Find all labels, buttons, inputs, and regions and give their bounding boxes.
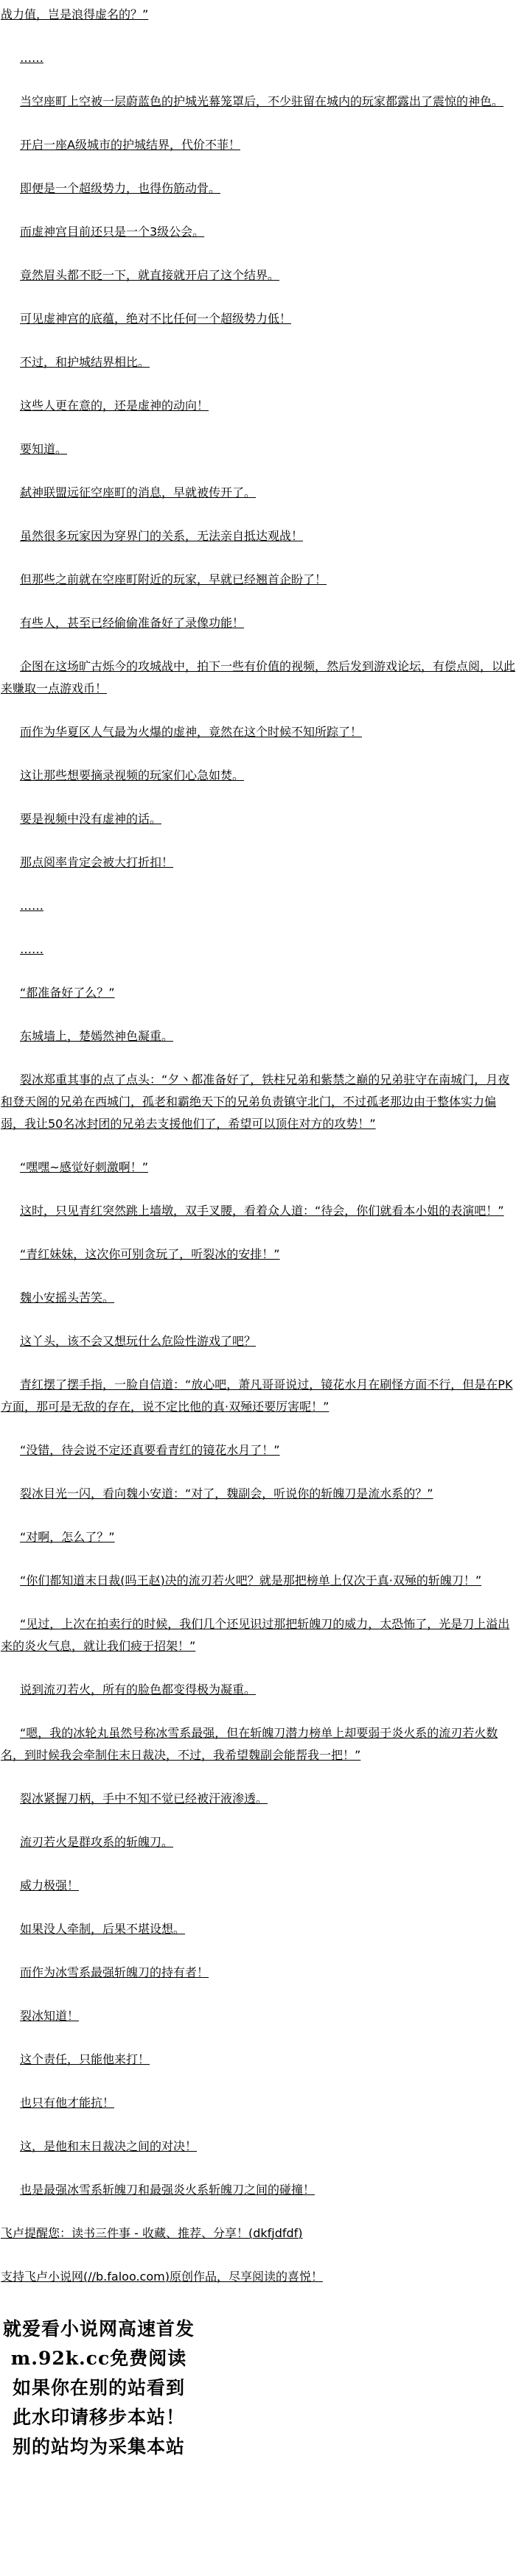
paragraph: 流刃若火是群攻系的斩魄刀。 bbox=[1, 1831, 515, 1853]
paragraph: 即便是一个超级势力，也得伤筋动骨。 bbox=[1, 178, 515, 200]
paragraph: 要是视频中没有虚神的话。 bbox=[1, 808, 515, 830]
paragraph: 这个责任，只能他来打！ bbox=[1, 2049, 515, 2071]
watermark-line: 就爱看小说网高速首发 bbox=[2, 2314, 195, 2344]
paragraph: 如果没人牵制，后果不堪设想。 bbox=[1, 1918, 515, 1940]
chapter-text: 战力值，岂是浪得虚名的？”……当空座町上空被一层蔚蓝色的护城光幕笼罩后，不少驻留… bbox=[1, 4, 515, 2288]
paragraph: 裂冰紧握刀柄，手中不知不觉已经被汗液渗透。 bbox=[1, 1788, 515, 1810]
paragraph: “都准备好了么？” bbox=[1, 982, 515, 1004]
paragraph: 而虚神宫目前还只是一个3级公会。 bbox=[1, 221, 515, 243]
paragraph: “青红妹妹，这次你可别贪玩了，听裂冰的安排！” bbox=[1, 1243, 515, 1266]
paragraph: …… bbox=[1, 895, 515, 917]
paragraph: “嘿嘿~感觉好刺激啊！” bbox=[1, 1157, 515, 1179]
paragraph: …… bbox=[1, 938, 515, 961]
paragraph: 青红摆了摆手指，一脸自信道：“放心吧，萧凡哥哥说过，镜花水月在刷怪方面不行，但是… bbox=[1, 1374, 515, 1418]
paragraph: 飞卢提醒您：读书三件事 - 收藏、推荐、分享！(dkfjdfdf) bbox=[1, 2222, 515, 2245]
paragraph: 这些人更在意的，还是虚神的动向！ bbox=[1, 395, 515, 417]
paragraph: 而作为华夏区人气最为火爆的虚神，竟然在这个时候不知所踪了！ bbox=[1, 721, 515, 743]
paragraph: 裂冰目光一闪，看向魏小安道：“对了，魏副会，听说你的斩魄刀是流水系的？” bbox=[1, 1483, 515, 1505]
paragraph: 可见虚神宫的底蕴，绝对不比任何一个超级势力低！ bbox=[1, 308, 515, 330]
watermark-line: 别的站均为采集本站 bbox=[2, 2432, 195, 2462]
paragraph: “嗯，我的冰轮丸虽然号称冰雪系最强，但在斩魄刀潜力榜单上却要弱于炎火系的流刃若火… bbox=[1, 1722, 515, 1766]
watermark-line: 如果你在别的站看到 bbox=[2, 2373, 195, 2403]
paragraph: 这丫头，该不会又想玩什么危险性游戏了吧？ bbox=[1, 1330, 515, 1352]
paragraph: 裂冰知道！ bbox=[1, 2005, 515, 2027]
paragraph: “没错，待会说不定还真要看青红的镜花水月了！” bbox=[1, 1439, 515, 1461]
paragraph: 这时，只见青红突然跳上墙墩，双手叉腰，看着众人道：“待会，你们就看本小姐的表演吧… bbox=[1, 1200, 515, 1222]
paragraph: 而作为冰雪系最强斩魄刀的持有者！ bbox=[1, 1962, 515, 1984]
paragraph: 说到流刃若火，所有的脸色都变得极为凝重。 bbox=[1, 1679, 515, 1701]
watermark-line: m.92k.cc免费阅读 bbox=[2, 2344, 195, 2373]
underline-tail bbox=[323, 2269, 369, 2281]
paragraph: 当空座町上空被一层蔚蓝色的护城光幕笼罩后，不少驻留在城内的玩家都露出了震惊的神色… bbox=[1, 91, 515, 113]
paragraph: 东城墙上，楚嫣然神色凝重。 bbox=[1, 1025, 515, 1047]
paragraph: 也是最强冰雪系斩魄刀和最强炎火系斩魄刀之间的碰撞！ bbox=[1, 2179, 515, 2201]
paragraph: 裂冰郑重其事的点了点头：“夕丶都准备好了，铁柱兄弟和紫禁之巅的兄弟驻守在南城门，… bbox=[1, 1069, 515, 1135]
paragraph: …… bbox=[1, 47, 515, 69]
watermark: 就爱看小说网高速首发m.92k.cc免费阅读如果你在别的站看到此水印请移步本站！… bbox=[2, 2314, 195, 2462]
paragraph: “对啊，怎么了？” bbox=[1, 1526, 515, 1548]
paragraph: 虽然很多玩家因为穿界门的关系，无法亲自抵达观战！ bbox=[1, 525, 515, 547]
paragraph: 战力值，岂是浪得虚名的？” bbox=[1, 4, 515, 26]
paragraph: 弑神联盟远征空座町的消息，早就被传开了。 bbox=[1, 482, 515, 504]
paragraph: 支持飞卢小说网(//b.faloo.com)原创作品，尽享阅读的喜悦！ bbox=[1, 2266, 515, 2288]
paragraph: 开启一座A级城市的护城结界，代价不菲！ bbox=[1, 134, 515, 156]
paragraph: 魏小安摇头苦笑。 bbox=[1, 1287, 515, 1309]
paragraph: 但那些之前就在空座町附近的玩家，早就已经翘首企盼了！ bbox=[1, 569, 515, 591]
paragraph: 有些人，甚至已经偷偷准备好了录像功能！ bbox=[1, 612, 515, 634]
paragraph: 也只有他才能抗！ bbox=[1, 2092, 515, 2114]
novel-page: 战力值，岂是浪得虚名的？”……当空座町上空被一层蔚蓝色的护城光幕笼罩后，不少驻留… bbox=[0, 0, 516, 2576]
watermark-line: 此水印请移步本站！ bbox=[2, 2403, 195, 2432]
paragraph: 那点阅率肯定会被大打折扣！ bbox=[1, 852, 515, 874]
paragraph: 这，是他和末日裁决之间的对决！ bbox=[1, 2135, 515, 2158]
paragraph: 企图在这场旷古烁今的攻城战中，拍下一些有价值的视频，然后发到游戏论坛，有偿点阅，… bbox=[1, 656, 515, 700]
paragraph: “见过，上次在拍卖行的时候，我们几个还见识过那把斩魄刀的威力，太恐怖了，光是刀上… bbox=[1, 1613, 515, 1657]
paragraph: 不过，和护城结界相比。 bbox=[1, 351, 515, 373]
paragraph: 威力极强！ bbox=[1, 1875, 515, 1897]
paragraph: 竟然眉头都不眨一下，就直接就开启了这个结界。 bbox=[1, 264, 515, 287]
underline-tail bbox=[303, 2225, 349, 2237]
paragraph: 要知道。 bbox=[1, 438, 515, 460]
paragraph: 这让那些想要摘录视频的玩家们心急如焚。 bbox=[1, 765, 515, 787]
paragraph: “你们都知道末日裁(吗王赵)决的流刃若火吧？就是那把榜单上仅次于真·双殛的斩魄刀… bbox=[1, 1570, 515, 1592]
